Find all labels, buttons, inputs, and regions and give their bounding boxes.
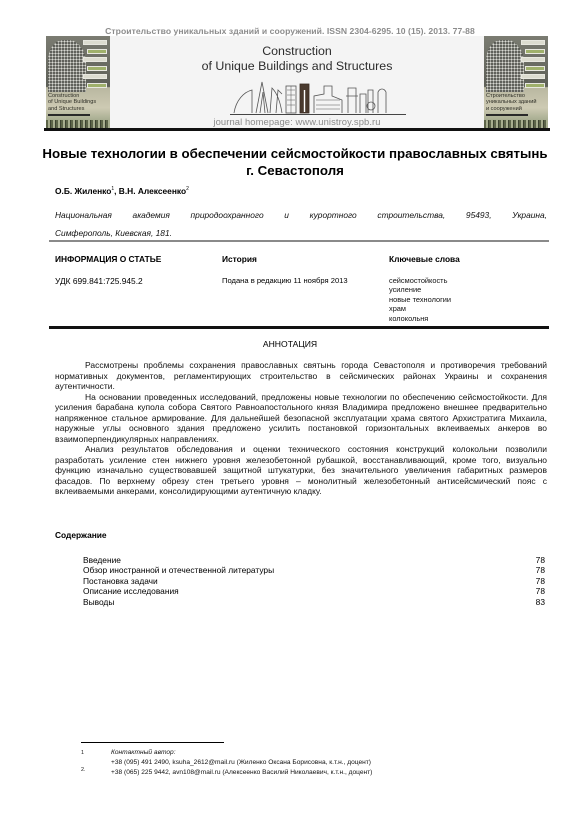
abstract-paragraph: На основании проведенных исследований, п…	[55, 392, 547, 445]
cover-title: Construction of Unique Buildings and Str…	[48, 93, 108, 112]
toc-item[interactable]: Постановка задачи 78	[83, 576, 545, 586]
cover-title: Строительство уникальных зданий и сооруж…	[486, 93, 546, 112]
abstract-paragraph: Рассмотрены проблемы сохранения правосла…	[55, 360, 547, 392]
journal-cover-english: Construction of Unique Buildings and Str…	[46, 36, 110, 128]
footnote: 2. +38 (065) 225 9442, avn108@mail.ru (А…	[81, 768, 372, 778]
affiliation: Национальная академия природоохранного и…	[55, 206, 547, 242]
banner-divider	[44, 128, 550, 131]
abstract-heading: АННОТАЦИЯ	[0, 339, 580, 349]
keywords-heading: Ключевые слова	[389, 254, 460, 264]
toc-item[interactable]: Описание исследования 78	[83, 586, 545, 596]
footnote-number: 2.	[81, 765, 86, 775]
article-info-heading: ИНФОРМАЦИЯ О СТАТЬЕ	[55, 254, 161, 264]
footnote: 1 Контактный автор:	[81, 748, 372, 758]
toc-label: Введение	[83, 555, 121, 565]
toc-label: Описание исследования	[83, 586, 179, 596]
footnotes: 1 Контактный автор: +38 (095) 491 2490, …	[81, 748, 372, 778]
author-name: О.Б. Жиленко	[55, 186, 111, 196]
toc-page: 78	[536, 565, 545, 575]
running-head: Строительство уникальных зданий и сооруж…	[0, 26, 580, 36]
toc-page: 78	[536, 555, 545, 565]
keyword: усиление	[389, 285, 451, 294]
abstract-paragraph: Анализ результатов обследования и оценки…	[55, 444, 547, 497]
author-name: В.Н. Алексеенко	[119, 186, 186, 196]
footnote: +38 (095) 491 2490, ksuha_2612@mail.ru (…	[81, 758, 372, 768]
toc-label: Постановка задачи	[83, 576, 158, 586]
keyword-list: сейсмостойкость усиление новые технологи…	[389, 276, 451, 323]
keyword: колокольня	[389, 314, 451, 323]
section-divider	[49, 240, 549, 242]
keyword: новые технологии	[389, 295, 451, 304]
keyword: сейсмостойкость	[389, 276, 451, 285]
toc-item[interactable]: Выводы 83	[83, 597, 545, 607]
journal-homepage-link[interactable]: journal homepage: www.unistroy.spb.ru	[110, 116, 484, 127]
toc-item[interactable]: Обзор иностранной и отечественной литера…	[83, 565, 545, 575]
toc-page: 78	[536, 576, 545, 586]
contents-heading: Содержание	[55, 530, 107, 540]
toc-label: Обзор иностранной и отечественной литера…	[83, 565, 274, 575]
skyline-logo-icon	[230, 80, 406, 116]
contact-info: +38 (065) 225 9442, avn108@mail.ru (Алек…	[111, 769, 372, 776]
article-title: Новые технологии в обеспечении сейсмосто…	[40, 146, 550, 179]
toc-label: Выводы	[83, 597, 114, 607]
contact-info: +38 (095) 491 2490, ksuha_2612@mail.ru (…	[111, 759, 371, 766]
submission-date: Подана в редакцию 11 ноября 2013	[222, 276, 348, 285]
author-footnote-ref[interactable]: 1	[111, 186, 114, 192]
journal-banner: Construction of Unique Buildings and Str…	[46, 36, 548, 128]
journal-cover-russian: Строительство уникальных зданий и сооруж…	[484, 36, 548, 128]
abstract-body: Рассмотрены проблемы сохранения правосла…	[55, 360, 547, 497]
keyword: храм	[389, 304, 451, 313]
toc-page: 78	[536, 586, 545, 596]
author-list: О.Б. Жиленко1, В.Н. Алексеенко2	[55, 186, 189, 196]
table-of-contents: Введение 78 Обзор иностранной и отечеств…	[83, 555, 545, 607]
section-divider	[49, 326, 549, 329]
history-heading: История	[222, 254, 257, 264]
footnote-number: 1	[81, 748, 84, 758]
toc-item[interactable]: Введение 78	[83, 555, 545, 565]
journal-title: Construction of Unique Buildings and Str…	[110, 44, 484, 73]
toc-page: 83	[536, 597, 545, 607]
author-footnote-ref[interactable]: 2	[186, 186, 189, 192]
footnote-divider	[81, 742, 224, 743]
udc-code: УДК 699.841:725.945.2	[55, 276, 143, 286]
